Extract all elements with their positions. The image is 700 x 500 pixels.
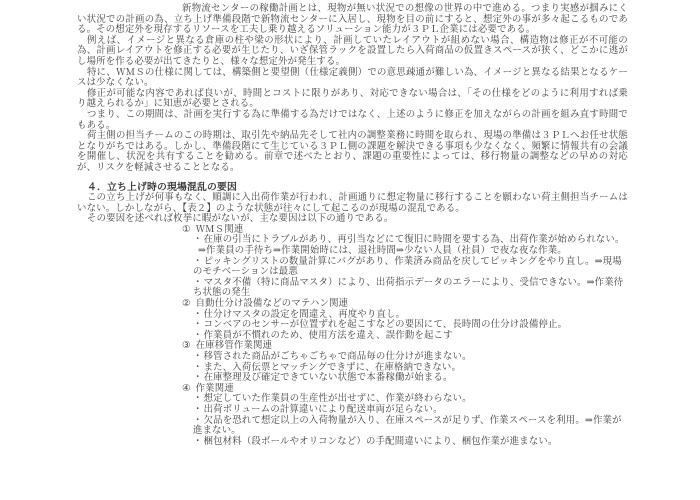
bullet-marker: ・ bbox=[193, 310, 203, 320]
item-text: コンベアのセンサーが位置ずれを起こすなどの要因にて、長時間の仕分け設備停止。 bbox=[204, 320, 568, 330]
bullet-marker: ・ bbox=[193, 363, 203, 373]
lead-in-line: その要因を述べれば枚挙に暇がないが、主な要因は以下の通りである。 bbox=[77, 214, 628, 225]
bullet-item: ・在庫の引当にトラブルがあり、再引当などにて復旧に時間を要する為、出荷作業が始め… bbox=[193, 235, 628, 246]
bullet-item: ・出荷ボリュームの計算違いにより配送車両が足らない。 bbox=[193, 405, 628, 416]
bullet-marker: ・ bbox=[193, 373, 203, 383]
list-item-heading: ①ＷＭＳ関連 bbox=[182, 225, 628, 236]
item-text: ピッキングリストの数量計算にバグがあり、作業済み商品を戻してピッキングをやり直し… bbox=[193, 257, 622, 278]
item-text: 作業関連 bbox=[196, 384, 234, 394]
item-text: 想定していた作業員の生産性が出せずに、作業が終わらない。 bbox=[204, 394, 472, 404]
paragraph: つまり、この期間は、計画を実行する為に準備する為だけではなく、上述のように修正を… bbox=[77, 110, 628, 131]
bullet-marker: ・ bbox=[193, 320, 203, 330]
item-text: 在庫の引当にトラブルがあり、再引当などにて復旧に時間を要する為、出荷作業が始めら… bbox=[204, 235, 625, 245]
paragraph: この立ち上げが何事もなく、順調に入出荷作業が行われ、計画通りに想定物量に移行する… bbox=[77, 193, 628, 214]
bullet-item: ・コンベアのセンサーが位置ずれを起こすなどの要因にて、長時間の仕分け設備停止。 bbox=[193, 320, 628, 331]
circled-number-marker: ③ bbox=[182, 341, 191, 351]
circled-number-marker: ① bbox=[182, 225, 191, 235]
item-text: 梱包材料（段ボールやオリコンなど）の手配間違いにより、梱包作業が進まない。 bbox=[204, 437, 558, 447]
bullet-marker: ・ bbox=[193, 352, 203, 362]
bullet-item: ・梱包材料（段ボールやオリコンなど）の手配間違いにより、梱包作業が進まない。 bbox=[193, 437, 628, 448]
bullet-item: ・移管された商品がごちゃごちゃで商品毎の仕分けが進まない。 bbox=[193, 352, 628, 363]
item-text: また、入荷伝票とマッチングできずに、在庫格納できない。 bbox=[204, 363, 462, 373]
bullet-marker: ・ bbox=[193, 257, 203, 267]
bullet-marker: ・ bbox=[193, 278, 203, 288]
list-item-heading: ④作業関連 bbox=[182, 384, 628, 395]
bullet-item: ・想定していた作業員の生産性が出せずに、作業が終わらない。 bbox=[193, 394, 628, 405]
bullet-marker: ・ bbox=[193, 235, 203, 245]
item-text: ＷＭＳ関連 bbox=[196, 225, 244, 235]
circled-number-marker: ② bbox=[182, 299, 191, 309]
bullet-item: ・在庫整理及び確定できていない状態で本番稼働が始まる。 bbox=[193, 373, 628, 384]
paragraph: 修正が可能な内容であれば良いが、時間とコストに限りがあり、対応できない場合は、「… bbox=[77, 89, 628, 110]
bullet-item: ・作業員が不慣れのため、使用方法を違え、誤作動を起こす bbox=[193, 331, 628, 342]
item-text: 自動仕分け設備などのマテハン関連 bbox=[196, 299, 349, 309]
bullet-continuation: ⇒作業員の手待ち⇒作業開始時には、退社時間⇒少ない人員（社員）で夜な夜な作業。 bbox=[198, 246, 628, 257]
document-page: 新物流センターの稼働計画とは、現物が無い状況での想像の世界の中で進める。つまり実… bbox=[0, 0, 700, 500]
document-body: 新物流センターの稼働計画とは、現物が無い状況での想像の世界の中で進める。つまり実… bbox=[77, 4, 628, 447]
paragraph: 例えば、イメージと異なる倉庫の柱や梁の形状により、計画していたレイアウトが組めな… bbox=[77, 36, 628, 68]
bullet-item: ・また、入荷伝票とマッチングできずに、在庫格納できない。 bbox=[193, 363, 628, 374]
paragraph: 新物流センターの稼働計画とは、現物が無い状況での想像の世界の中で進める。つまり実… bbox=[77, 4, 628, 36]
item-text: 移管された商品がごちゃごちゃで商品毎の仕分けが進まない。 bbox=[204, 352, 472, 362]
bullet-item: ・仕分けマスタの設定を間違え、再度やり直し。 bbox=[193, 310, 628, 321]
item-text: 出荷ボリュームの計算違いにより配送車両が足らない。 bbox=[204, 405, 443, 415]
bullet-marker: ・ bbox=[193, 405, 203, 415]
bullet-item: ・欠品を恐れて想定以上の入荷物量が入り、在庫スペースが足りず、作業スペースを利用… bbox=[193, 416, 628, 437]
item-text: 在庫整理及び確定できていない状態で本番稼働が始まる。 bbox=[204, 373, 453, 383]
paragraph: 特に、ＷＭＳの仕様に関しては、構築側と要望側（仕様定義側）での意思疎通が難しい為… bbox=[77, 68, 628, 89]
item-text: 仕分けマスタの設定を間違え、再度やり直し。 bbox=[204, 310, 406, 320]
list-item-heading: ②自動仕分け設備などのマテハン関連 bbox=[182, 299, 628, 310]
item-text: 在庫移管作業関連 bbox=[196, 341, 273, 351]
bullet-marker: ・ bbox=[193, 437, 203, 447]
bullet-marker: ・ bbox=[193, 416, 203, 426]
list-item-heading: ③在庫移管作業関連 bbox=[182, 341, 628, 352]
item-text: マスタ不備（特に商品マスタ）により、出荷指示データのエラーにより、受信できない。… bbox=[193, 278, 623, 299]
bullet-marker: ・ bbox=[193, 394, 203, 404]
item-text: 欠品を恐れて想定以上の入荷物量が入り、在庫スペースが足りず、作業スペースを利用。… bbox=[193, 416, 622, 437]
bullet-item: ・ピッキングリストの数量計算にバグがあり、作業済み商品を戻してピッキングをやり直… bbox=[193, 257, 628, 278]
item-text: 作業員が不慣れのため、使用方法を違え、誤作動を起こす bbox=[204, 331, 453, 341]
section-heading: ４．立ち上げ時の現場混乱の要因 bbox=[77, 183, 628, 194]
bullet-marker: ・ bbox=[193, 331, 203, 341]
bullet-item: ・マスタ不備（特に商品マスタ）により、出荷指示データのエラーにより、受信できない… bbox=[193, 278, 628, 299]
circled-number-marker: ④ bbox=[182, 384, 191, 394]
paragraph: 荷主側の担当チームのこの時期は、取引先や納品先そして社内の調整業務に時間を取られ… bbox=[77, 131, 628, 173]
